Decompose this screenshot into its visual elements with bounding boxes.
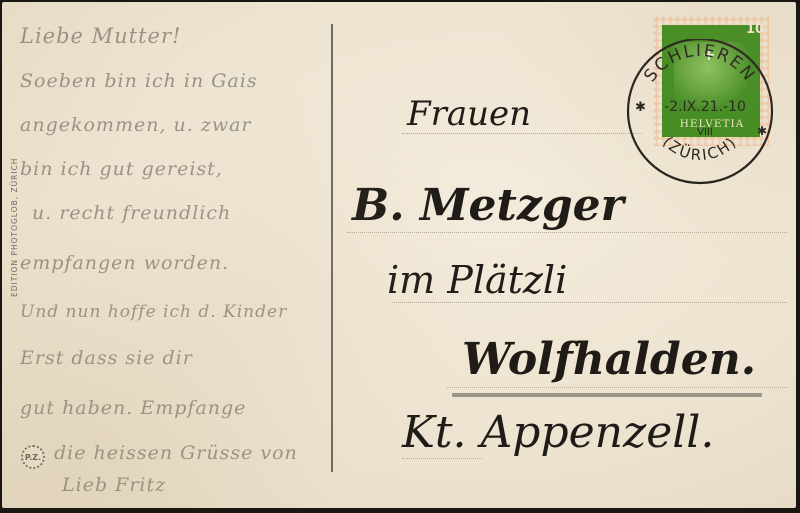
address-line: Wolfhalden. <box>462 334 756 385</box>
message-line: empfangen worden. <box>20 252 229 274</box>
address-guide-line <box>347 232 787 233</box>
message-line: Soeben bin ich in Gais <box>20 70 258 92</box>
address-guide-line <box>447 387 787 388</box>
message-line: die heissen Grüsse von <box>54 442 298 464</box>
center-divider <box>331 24 333 472</box>
message-line: Und nun hoffe ich d. Kinder <box>20 302 287 322</box>
swiss-cross-icon: + <box>702 48 716 62</box>
stamp-country: HELVETIA <box>666 118 758 130</box>
message-line: bin ich gut gereist, <box>20 158 223 180</box>
address-line: im Plätzli <box>387 258 567 302</box>
message-line: Erst dass sie dir <box>20 347 193 369</box>
publisher-imprint: EDITION PHOTOGLOB, ZÜRICH <box>10 158 19 297</box>
postmark-star-icon: ✱ <box>635 100 646 115</box>
address-guide-line <box>392 302 787 303</box>
address-line: Frauen <box>407 94 531 134</box>
message-line: angekommen, u. zwar <box>20 114 252 136</box>
publisher-logo-icon: P.Z. <box>21 445 45 469</box>
address-underline <box>452 393 762 397</box>
message-line: Lieb Fritz <box>62 474 166 496</box>
message-line: gut haben. Empfange <box>20 397 246 419</box>
address-line: Kt. Appenzell. <box>402 407 714 458</box>
address-guide-line <box>402 458 482 459</box>
stamp-value: 10 <box>746 22 764 37</box>
address-line: B. Metzger <box>352 180 624 231</box>
message-line: u. recht freundlich <box>32 202 231 224</box>
postcard: EDITION PHOTOGLOB, ZÜRICH P.Z. Liebe Mut… <box>2 2 796 508</box>
message-line: Liebe Mutter! <box>20 24 181 48</box>
